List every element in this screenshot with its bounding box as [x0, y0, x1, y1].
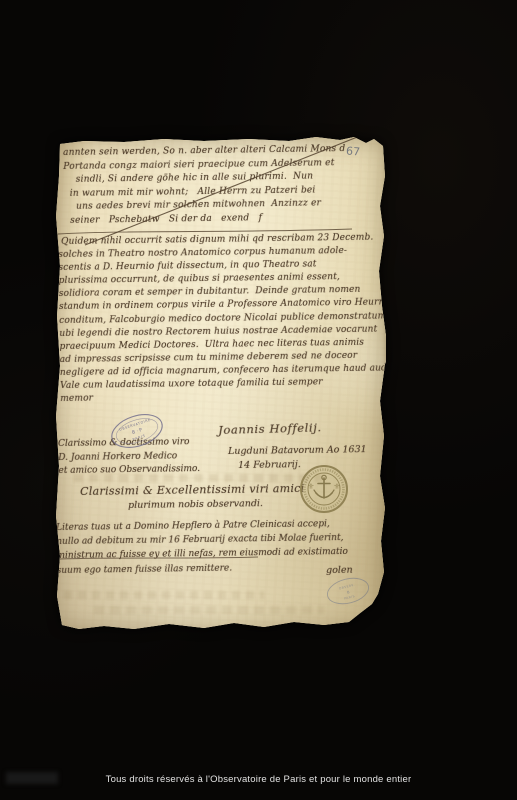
crossed-out-paragraph: annten sein werden, So n. aber alter alt… — [60, 143, 383, 229]
postscript-note: golen — [326, 565, 353, 576]
archival-scan-viewer: 67 annten sein werden, So n. aber alter … — [0, 0, 517, 800]
ink-bleedthrough — [94, 606, 324, 614]
handwriting-line: Clarissimo & doctissimo viro — [58, 436, 200, 451]
dateline-date: 14 Februarij. — [238, 459, 301, 471]
manuscript-page: 67 annten sein werden, So n. aber alter … — [54, 136, 386, 633]
handwriting-line: et amico suo Observandissimo. — [58, 463, 200, 478]
main-body-paragraph: Quidem nihil occurrit satis dignum mihi … — [58, 231, 386, 406]
rights-caption: Tous droits réservés à l'Observatoire de… — [0, 774, 517, 785]
ink-bleedthrough — [64, 591, 264, 599]
signature: Joannis Hoffelij. — [218, 420, 322, 437]
paper-sheet: 67 annten sein werden, So n. aber alter … — [54, 136, 386, 633]
dateline-place: Lugduni Batavorum Ao 1631 — [228, 444, 367, 457]
salutation-line: plurimum nobis observandi. — [128, 498, 263, 511]
address-block: Clarissimo & doctissimo viroD. Joanni Ho… — [58, 436, 200, 478]
